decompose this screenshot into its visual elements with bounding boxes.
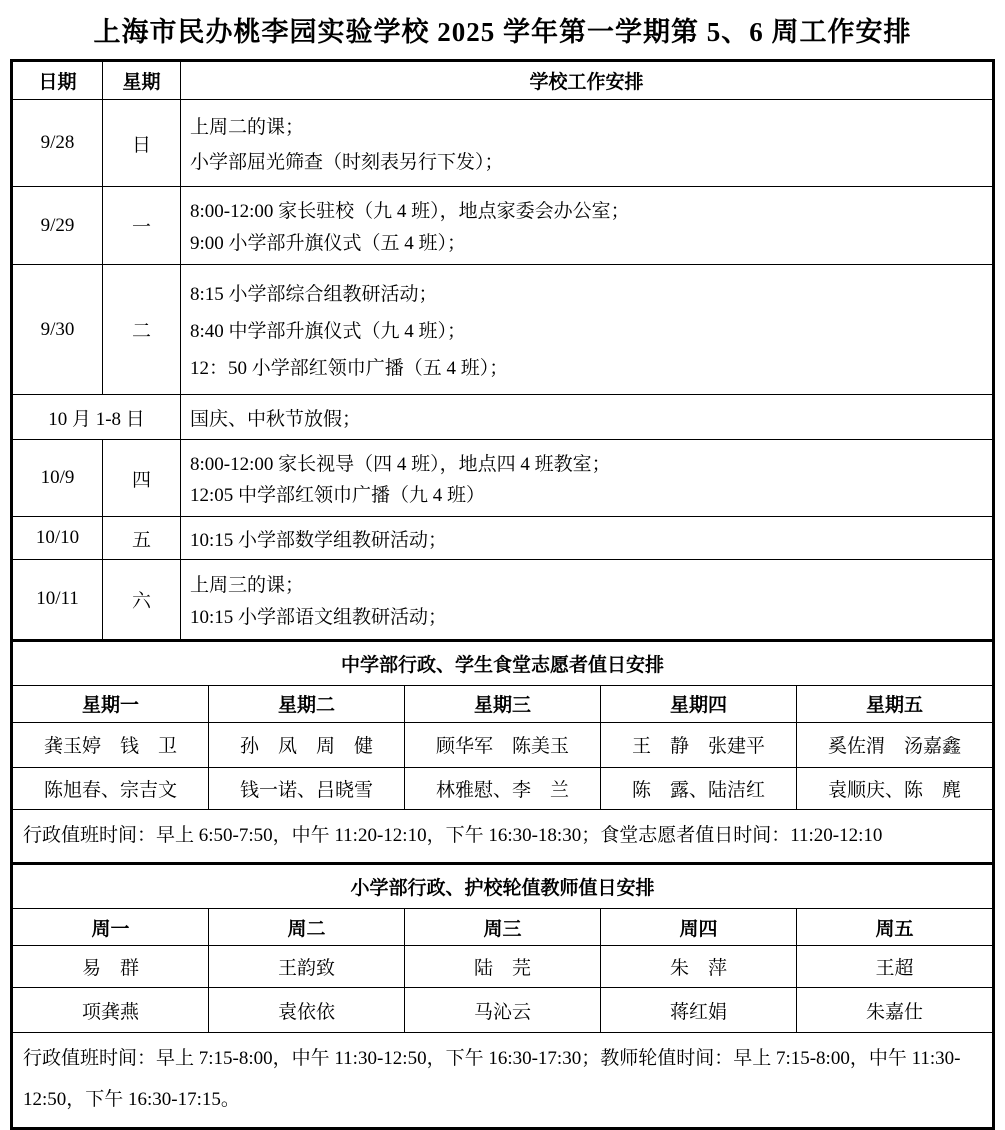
day-header: 周三 xyxy=(405,909,601,946)
schedule-table-wrapper: 日期 星期 学校工作安排 9/28 日 上周二的课； 小学部屈光筛查（时刻表另行… xyxy=(10,59,995,1130)
duty-names-cell: 易 群 xyxy=(13,946,209,988)
work-item: 10:15 小学部数学组教研活动； xyxy=(190,525,986,552)
day-header: 星期四 xyxy=(601,685,797,722)
work-item: 8:00-12:00 家长驻校（九 4 班），地点家委会办公室； xyxy=(190,196,986,223)
work-cell: 8:00-12:00 家长视导（四 4 班），地点四 4 班教室； 12:05 … xyxy=(181,440,993,517)
work-item: 12：50 小学部红领巾广播（五 4 班）； xyxy=(190,353,986,380)
table-header-row: 日期 星期 学校工作安排 xyxy=(13,62,993,100)
work-item: 12:05 中学部红领巾广播（九 4 班） xyxy=(190,480,986,507)
middle-school-duty-table: 中学部行政、学生食堂志愿者值日安排 星期一 星期二 星期三 星期四 星期五 龚玉… xyxy=(12,641,993,865)
duty-names-row: 龚玉婷 钱 卫 孙 凤 周 健 顾华军 陈美玉 王 静 张建平 奚佐渭 汤嘉鑫 xyxy=(13,722,993,767)
table-row: 10/11 六 上周三的课； 10:15 小学部语文组教研活动； xyxy=(13,560,993,640)
duty-names-cell: 顾华军 陈美玉 xyxy=(405,722,601,767)
day-header: 周一 xyxy=(13,909,209,946)
duty-names-cell: 陈 露、陆洁红 xyxy=(601,767,797,809)
weekday-cell: 四 xyxy=(103,440,181,517)
date-cell: 9/28 xyxy=(13,100,103,187)
middle-school-duty-note: 行政值班时间：早上 6:50-7:50，中午 11:20-12:10，下午 16… xyxy=(13,809,993,863)
work-item: 小学部屈光筛查（时刻表另行下发）； xyxy=(190,147,986,174)
duty-names-cell: 王 静 张建平 xyxy=(601,722,797,767)
day-header: 星期二 xyxy=(209,685,405,722)
day-header: 周五 xyxy=(797,909,993,946)
duty-names-cell: 王韵致 xyxy=(209,946,405,988)
table-row: 9/28 日 上周二的课； 小学部屈光筛查（时刻表另行下发）； xyxy=(13,100,993,187)
work-cell: 8:15 小学部综合组教研活动； 8:40 中学部升旗仪式（九 4 班）； 12… xyxy=(181,265,993,395)
header-weekday: 星期 xyxy=(103,62,181,100)
work-item: 9:00 小学部升旗仪式（五 4 班）； xyxy=(190,228,986,255)
primary-school-duty-note: 行政值班时间：早上 7:15-8:00，中午 11:30-12:50，下午 16… xyxy=(13,1033,993,1128)
weekday-cell: 二 xyxy=(103,265,181,395)
weekday-cell: 一 xyxy=(103,187,181,265)
duty-names-cell: 龚玉婷 钱 卫 xyxy=(13,722,209,767)
day-header-row: 周一 周二 周三 周四 周五 xyxy=(13,909,993,946)
weekday-cell: 日 xyxy=(103,100,181,187)
duty-names-cell: 朱 萍 xyxy=(601,946,797,988)
duty-names-cell: 孙 凤 周 健 xyxy=(209,722,405,767)
table-row: 9/30 二 8:15 小学部综合组教研活动； 8:40 中学部升旗仪式（九 4… xyxy=(13,265,993,395)
work-item: 8:15 小学部综合组教研活动； xyxy=(190,279,986,306)
date-cell-span: 10 月 1-8 日 xyxy=(13,395,181,440)
work-cell: 8:00-12:00 家长驻校（九 4 班），地点家委会办公室； 9:00 小学… xyxy=(181,187,993,265)
duty-names-cell: 朱嘉仕 xyxy=(797,988,993,1033)
work-item: 上周三的课； xyxy=(190,570,986,597)
duty-names-cell: 陈旭春、宗吉文 xyxy=(13,767,209,809)
header-date: 日期 xyxy=(13,62,103,100)
section-title-row: 中学部行政、学生食堂志愿者值日安排 xyxy=(13,641,993,685)
work-item: 8:00-12:00 家长视导（四 4 班），地点四 4 班教室； xyxy=(190,449,986,476)
work-item: 8:40 中学部升旗仪式（九 4 班）； xyxy=(190,316,986,343)
duty-names-cell: 袁顺庆、陈 麂 xyxy=(797,767,993,809)
header-work: 学校工作安排 xyxy=(181,62,993,100)
day-header: 星期五 xyxy=(797,685,993,722)
main-schedule-table: 日期 星期 学校工作安排 9/28 日 上周二的课； 小学部屈光筛查（时刻表另行… xyxy=(12,61,993,641)
note-row: 行政值班时间：早上 6:50-7:50，中午 11:20-12:10，下午 16… xyxy=(13,809,993,863)
duty-names-row: 易 群 王韵致 陆 芫 朱 萍 王超 xyxy=(13,946,993,988)
work-item: 10:15 小学部语文组教研活动； xyxy=(190,602,986,629)
work-cell: 10:15 小学部数学组教研活动； xyxy=(181,517,993,560)
work-item: 国庆、中秋节放假； xyxy=(190,404,986,431)
duty-names-cell: 王超 xyxy=(797,946,993,988)
day-header-row: 星期一 星期二 星期三 星期四 星期五 xyxy=(13,685,993,722)
duty-names-cell: 项龚燕 xyxy=(13,988,209,1033)
work-cell: 上周三的课； 10:15 小学部语文组教研活动； xyxy=(181,560,993,640)
table-row: 10/9 四 8:00-12:00 家长视导（四 4 班），地点四 4 班教室；… xyxy=(13,440,993,517)
primary-school-section-title: 小学部行政、护校轮值教师值日安排 xyxy=(13,865,993,909)
day-header: 周二 xyxy=(209,909,405,946)
duty-names-row: 陈旭春、宗吉文 钱一诺、吕晓雪 林雅慰、李 兰 陈 露、陆洁红 袁顺庆、陈 麂 xyxy=(13,767,993,809)
work-cell: 上周二的课； 小学部屈光筛查（时刻表另行下发）； xyxy=(181,100,993,187)
duty-names-cell: 奚佐渭 汤嘉鑫 xyxy=(797,722,993,767)
page-title: 上海市民办桃李园实验学校 2025 学年第一学期第 5、6 周工作安排 xyxy=(10,8,995,59)
duty-names-cell: 林雅慰、李 兰 xyxy=(405,767,601,809)
duty-names-cell: 钱一诺、吕晓雪 xyxy=(209,767,405,809)
table-row: 10/10 五 10:15 小学部数学组教研活动； xyxy=(13,517,993,560)
document-page: 上海市民办桃李园实验学校 2025 学年第一学期第 5、6 周工作安排 日期 星… xyxy=(0,0,1005,1102)
weekday-cell: 五 xyxy=(103,517,181,560)
duty-names-row: 项龚燕 袁依依 马沁云 蒋红娟 朱嘉仕 xyxy=(13,988,993,1033)
note-row: 行政值班时间：早上 7:15-8:00，中午 11:30-12:50，下午 16… xyxy=(13,1033,993,1128)
section-title-row: 小学部行政、护校轮值教师值日安排 xyxy=(13,865,993,909)
date-cell: 10/11 xyxy=(13,560,103,640)
table-row: 10 月 1-8 日 国庆、中秋节放假； xyxy=(13,395,993,440)
weekday-cell: 六 xyxy=(103,560,181,640)
duty-names-cell: 马沁云 xyxy=(405,988,601,1033)
date-cell: 10/10 xyxy=(13,517,103,560)
work-item: 上周二的课； xyxy=(190,112,986,139)
work-cell: 国庆、中秋节放假； xyxy=(181,395,993,440)
day-header: 周四 xyxy=(601,909,797,946)
primary-school-duty-table: 小学部行政、护校轮值教师值日安排 周一 周二 周三 周四 周五 易 群 王韵致 … xyxy=(12,864,993,1128)
day-header: 星期三 xyxy=(405,685,601,722)
date-cell: 9/30 xyxy=(13,265,103,395)
table-row: 9/29 一 8:00-12:00 家长驻校（九 4 班），地点家委会办公室； … xyxy=(13,187,993,265)
date-cell: 10/9 xyxy=(13,440,103,517)
middle-school-section-title: 中学部行政、学生食堂志愿者值日安排 xyxy=(13,641,993,685)
day-header: 星期一 xyxy=(13,685,209,722)
duty-names-cell: 陆 芫 xyxy=(405,946,601,988)
duty-names-cell: 袁依依 xyxy=(209,988,405,1033)
duty-names-cell: 蒋红娟 xyxy=(601,988,797,1033)
date-cell: 9/29 xyxy=(13,187,103,265)
